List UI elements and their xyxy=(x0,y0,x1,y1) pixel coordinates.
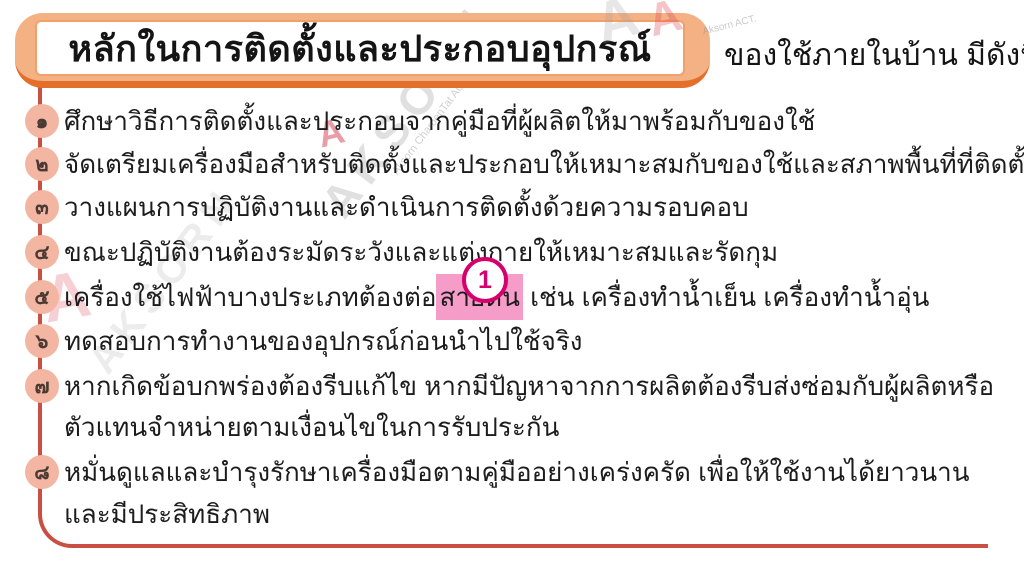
item-number-badge: ๑ xyxy=(25,104,59,138)
section-subtitle: ของใช้ภายในบ้าน มีดังนี้ xyxy=(724,32,1024,79)
item-number-badge: ๒ xyxy=(25,147,59,181)
list-item-continuation: ตัวแทนจำหน่ายตามเงื่อนไขในการรับประกัน xyxy=(64,408,559,446)
item-number-badge: ๕ xyxy=(25,280,59,314)
list-item: จัดเตรียมเครื่องมือสำหรับติดตั้งและประกอ… xyxy=(64,145,1024,183)
list-item: ขณะปฏิบัติงานต้องระมัดระวังและแต่งกายให้… xyxy=(64,233,778,271)
item-number-badge: ๖ xyxy=(25,324,59,358)
textbook-page: AKSORN AKSORN Aksorn CharoenTat ACT. A A… xyxy=(0,0,1024,563)
item-number-badge: ๓ xyxy=(25,190,59,224)
item-number-badge: ๘ xyxy=(25,455,59,489)
section-title: หลักในการติดตั้งและประกอบอุปกรณ์ xyxy=(68,20,651,77)
item-text-segment: เครื่องใช้ไฟฟ้าบางประเภทต้องต่อ xyxy=(64,282,436,312)
section-header-banner: หลักในการติดตั้งและประกอบอุปกรณ์ xyxy=(15,13,710,88)
list-item: หากเกิดข้อบกพร่องต้องรีบแก้ไข หากมีปัญหา… xyxy=(64,367,994,405)
list-item-continuation: และมีประสิทธิภาพ xyxy=(64,495,270,533)
callout-number-badge: 1 xyxy=(462,257,508,303)
item-number-badge: ๔ xyxy=(25,235,59,269)
list-item: ศึกษาวิธีการติดตั้งและประกอบจากคู่มือที่… xyxy=(64,102,815,140)
list-item: หมั่นดูแลและบำรุงรักษาเครื่องมือตามคู่มื… xyxy=(64,453,970,491)
item-number-badge: ๗ xyxy=(25,369,59,403)
list-item: วางแผนการปฏิบัติงานและดำเนินการติดตั้งด้… xyxy=(64,188,749,226)
section-title-box: หลักในการติดตั้งและประกอบอุปกรณ์ xyxy=(35,20,685,76)
item-text-segment: เช่น เครื่องทำน้ำเย็น เครื่องทำน้ำอุ่น xyxy=(523,282,930,312)
list-item: ทดสอบการทำงานของอุปกรณ์ก่อนนำไปใช้จริง xyxy=(64,322,582,360)
